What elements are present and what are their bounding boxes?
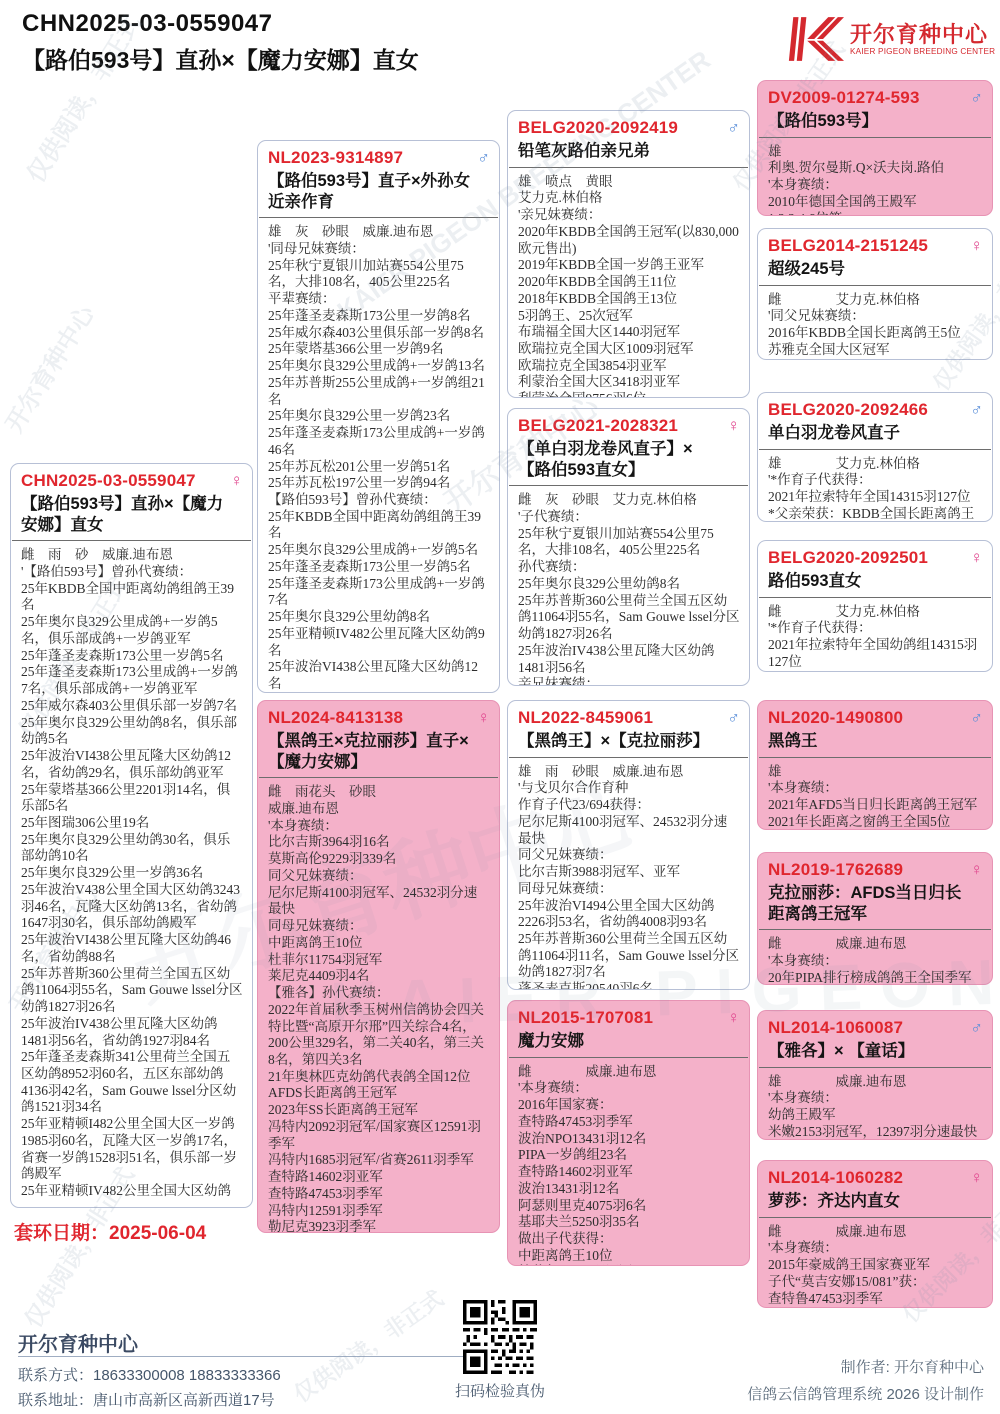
ring-number: BELG2020-2092466 — [768, 400, 966, 420]
footer-company-name: 开尔育种中心 — [18, 1328, 138, 1357]
ring-number: NL2022-8459061 — [518, 708, 723, 728]
card-header: NL2020-1490800 ♂ 黑鸽王 — [758, 701, 992, 757]
female-icon: ♀ — [970, 548, 983, 568]
female-icon: ♀ — [230, 471, 243, 491]
card-title: 超级245号 — [768, 259, 966, 280]
card-title: 萝莎：齐达内直女 — [768, 1191, 966, 1212]
ring-date: 套环日期：2025-06-04 — [14, 1218, 206, 1245]
footer-divider — [18, 1356, 490, 1357]
male-icon: ♂ — [727, 708, 740, 728]
ring-date-label: 套环日期： — [14, 1223, 109, 1244]
pedigree-card-ggparent-2: BELG2014-2151245 ♀ 超级245号 雌 艾力克.林伯格 '同父兄… — [757, 228, 993, 360]
card-header: DV2009-01274-593 ♂ 【路伯593号】 — [758, 81, 992, 137]
ring-number: NL2014-1060282 — [768, 1168, 966, 1188]
pedigree-card-ggparent-7: NL2014-1060087 ♂ 【雅各】× 【童话】 雄 威廉.迪布恩 '本身… — [757, 1010, 993, 1140]
card-title: 【单白羽龙卷风直子】×【路伯593直女】 — [518, 439, 723, 480]
pedigree-card-grandsire-2: NL2022-8459061 ♂ 【黑鸽王】×【克拉丽莎】 雄 雨 砂眼 威廉.… — [507, 700, 750, 990]
card-header: CHN2025-03-0559047 ♀ 【路伯593号】直孙×【魔力安娜】直女 — [11, 464, 252, 540]
card-header: NL2015-1707081 ♀ 魔力安娜 — [508, 1001, 749, 1057]
card-header: BELG2021-2028321 ♀ 【单白羽龙卷风直子】×【路伯593直女】 — [508, 409, 749, 485]
male-icon: ♂ — [970, 1018, 983, 1038]
card-body: 雄 '本身赛绩： 2021年AFD5当日归长距离鸽王冠军 2021年长距离之窗鸽… — [759, 757, 991, 830]
ring-number: CHN2025-03-0559047 — [21, 471, 226, 491]
card-body: 雄 雨 砂眼 威廉.迪布恩 '与戈贝尔合作育种 作育子代23/694获得： 尼尔… — [509, 757, 748, 990]
female-icon: ♀ — [970, 1168, 983, 1188]
ring-number: BELG2020-2092419 — [518, 118, 723, 138]
pedigree-card-dam: NL2024-8413138 ♀ 【黑鸽王×克拉丽莎】直子×【魔力安娜】 雌 雨… — [257, 700, 500, 1233]
card-header: BELG2020-2092466 ♂ 单白羽龙卷风直子 — [758, 393, 992, 449]
card-body: 雄 威廉.迪布恩 '本身赛绩： 幼鸽王殿军 米嫩2153羽冠军，12397羽分速… — [759, 1067, 991, 1140]
footer-address: 联系地址：唐山市高新区高新西道17号 — [18, 1389, 275, 1410]
card-body: 雄 利奥.贺尔曼斯.Q×沃夫岗.路伯 '本身赛绩： 2010年德国全国鸽王殿军 … — [759, 137, 991, 216]
pedigree-card-subject: CHN2025-03-0559047 ♀ 【路伯593号】直孙×【魔力安娜】直女… — [10, 463, 253, 1208]
card-body: 雌 威廉.迪布恩 '本身赛绩： 20年PIPA排行榜成鸽鸽王全国季军 — [759, 929, 991, 985]
card-body: 雌 艾力克.林伯格 '*作育子代获得： 2021年拉索特年全国幼鸽组14315羽… — [759, 597, 991, 672]
pedigree-card-sire: NL2023-9314897 ♂ 【路伯593号】直子×外孙女近亲作育 雄 灰 … — [257, 140, 500, 693]
card-body: 雌 灰 砂眼 艾力克.林伯格 '子代赛绩： 25年秋宁夏银川加站赛554公里75… — [509, 485, 748, 686]
female-icon: ♀ — [477, 708, 490, 728]
ring-number: BELG2021-2028321 — [518, 416, 723, 436]
card-header: NL2023-9314897 ♂ 【路伯593号】直子×外孙女近亲作育 — [258, 141, 499, 217]
ring-number: DV2009-01274-593 — [768, 88, 966, 108]
card-title: 【雅各】× 【童话】 — [768, 1041, 966, 1062]
pedigree-card-ggparent-5: NL2020-1490800 ♂ 黑鸽王 雄 '本身赛绩： 2021年AFD5当… — [757, 700, 993, 830]
ring-number: BELG2014-2151245 — [768, 236, 966, 256]
brand-logo: 开尔育种中心 KAIER PIGEON BREEDING CENTER — [788, 14, 993, 66]
male-icon: ♂ — [970, 708, 983, 728]
pedigree-card-grandsire-1: BELG2020-2092419 ♂ 铅笔灰路伯亲兄弟 雄 喷点 黄眼 艾力克.… — [507, 110, 750, 398]
page-ring-id: CHN2025-03-0559047 — [22, 10, 273, 38]
card-title: 黑鸽王 — [768, 731, 966, 752]
card-body: 雄 灰 砂眼 威廉.迪布恩 '同母兄妹赛绩： 25年秋宁夏银川加站赛554公里7… — [259, 217, 498, 693]
card-title: 铅笔灰路伯亲兄弟 — [518, 141, 723, 162]
ring-number: NL2023-9314897 — [268, 148, 473, 168]
female-icon: ♀ — [727, 416, 740, 436]
card-title: 克拉丽莎：AFDS当日归长距离鸽王冠军 — [768, 883, 966, 924]
ring-number: NL2014-1060087 — [768, 1018, 966, 1038]
brand-name-en: KAIER PIGEON BREEDING CENTER — [850, 47, 995, 56]
footer-contact: 联系方式：18633300008 18833333366 — [18, 1364, 281, 1385]
male-icon: ♂ — [477, 148, 490, 168]
ring-number: BELG2020-2092501 — [768, 548, 966, 568]
ring-number: NL2019-1762689 — [768, 860, 966, 880]
male-icon: ♂ — [727, 118, 740, 138]
female-icon: ♀ — [970, 860, 983, 880]
ring-number: NL2015-1707081 — [518, 1008, 723, 1028]
pedigree-card-ggparent-4: BELG2020-2092501 ♀ 路伯593直女 雌 艾力克.林伯格 '*作… — [757, 540, 993, 672]
pedigree-card-granddam-1: BELG2021-2028321 ♀ 【单白羽龙卷风直子】×【路伯593直女】 … — [507, 408, 750, 686]
male-icon: ♂ — [970, 400, 983, 420]
card-body: 雄 喷点 黄眼 艾力克.林伯格 '亲兄妹赛绩： 2020年KBDB全国鸽王冠军(… — [509, 167, 748, 398]
card-title: 【路伯593号】 — [768, 111, 966, 132]
card-title: 【黑鸽王】×【克拉丽莎】 — [518, 731, 723, 752]
male-icon: ♂ — [970, 88, 983, 108]
card-body: 雌 威廉.迪布恩 '本身赛绩： 2015年豪威鸽王国家赛亚军 子代“莫吉安娜15… — [759, 1217, 991, 1308]
card-header: BELG2014-2151245 ♀ 超级245号 — [758, 229, 992, 285]
footer-system: 信鸽云信鸽管理系统 2026 设计制作 — [747, 1383, 984, 1404]
card-header: NL2024-8413138 ♀ 【黑鸽王×克拉丽莎】直子×【魔力安娜】 — [258, 701, 499, 777]
page-title: 【路伯593号】直孙×【魔力安娜】直女 — [22, 42, 419, 75]
card-title: 单白羽龙卷风直子 — [768, 423, 966, 444]
brand-name-cn: 开尔育种中心 — [850, 18, 988, 49]
kaier-logo-icon — [788, 14, 844, 69]
ring-number: NL2020-1490800 — [768, 708, 966, 728]
card-header: NL2019-1762689 ♀ 克拉丽莎：AFDS当日归长距离鸽王冠军 — [758, 853, 992, 929]
card-header: BELG2020-2092419 ♂ 铅笔灰路伯亲兄弟 — [508, 111, 749, 167]
watermark-text: 仅供阅读，非正式 — [287, 1282, 449, 1408]
pedigree-card-ggparent-3: BELG2020-2092466 ♂ 单白羽龙卷风直子 雄 艾力克.林伯格 '*… — [757, 392, 993, 522]
card-header: NL2022-8459061 ♂ 【黑鸽王】×【克拉丽莎】 — [508, 701, 749, 757]
ring-date-value: 2025-06-04 — [109, 1223, 206, 1244]
card-title: 【路伯593号】直孙×【魔力安娜】直女 — [21, 494, 226, 535]
card-body: 雌 雨 砂 威廉.迪布恩 '【路伯593号】曾孙代赛绩： 25年KBDB全国中距… — [12, 540, 251, 1208]
pedigree-page: CHN2025-03-0559047 【路伯593号】直孙×【魔力安娜】直女 开… — [0, 0, 1000, 1414]
card-header: BELG2020-2092501 ♀ 路伯593直女 — [758, 541, 992, 597]
card-title: 【路伯593号】直子×外孙女近亲作育 — [268, 171, 473, 212]
card-title: 【黑鸽王×克拉丽莎】直子×【魔力安娜】 — [268, 731, 473, 772]
footer-maker: 制作者: 开尔育种中心 — [841, 1356, 984, 1377]
pedigree-card-granddam-2: NL2015-1707081 ♀ 魔力安娜 雌 威廉.迪布恩 '本身赛绩： 20… — [507, 1000, 750, 1266]
card-header: NL2014-1060087 ♂ 【雅各】× 【童话】 — [758, 1011, 992, 1067]
pedigree-card-ggparent-8: NL2014-1060282 ♀ 萝莎：齐达内直女 雌 威廉.迪布恩 '本身赛绩… — [757, 1160, 993, 1308]
qr-label: 扫码检验真伪 — [440, 1380, 560, 1401]
card-body: 雌 雨花头 砂眼 威廉.迪布恩 '本身赛绩： 比尔吉斯3964羽16名 莫斯高伦… — [259, 777, 498, 1233]
watermark-text: 开尔育种中心 — [0, 297, 101, 438]
qr-code — [463, 1300, 537, 1374]
card-header: NL2014-1060282 ♀ 萝莎：齐达内直女 — [758, 1161, 992, 1217]
ring-number: NL2024-8413138 — [268, 708, 473, 728]
female-icon: ♀ — [970, 236, 983, 256]
card-title: 路伯593直女 — [768, 571, 966, 592]
card-body: 雄 艾力克.林伯格 '*作育子代获得： 2021年拉索特年全国14315羽127… — [759, 449, 991, 522]
female-icon: ♀ — [727, 1008, 740, 1028]
card-title: 魔力安娜 — [518, 1031, 723, 1052]
pedigree-card-ggparent-6: NL2019-1762689 ♀ 克拉丽莎：AFDS当日归长距离鸽王冠军 雌 威… — [757, 852, 993, 985]
card-body: 雌 艾力克.林伯格 '同父兄妹赛绩： 2016年KBDB全国长距离鸽王5位 苏雅… — [759, 285, 991, 360]
card-body: 雌 威廉.迪布恩 '本身赛绩： 2016年国家赛： 查特路47453羽季军 波治… — [509, 1057, 748, 1266]
pedigree-card-ggparent-1: DV2009-01274-593 ♂ 【路伯593号】 雄 利奥.贺尔曼斯.Q×… — [757, 80, 993, 216]
